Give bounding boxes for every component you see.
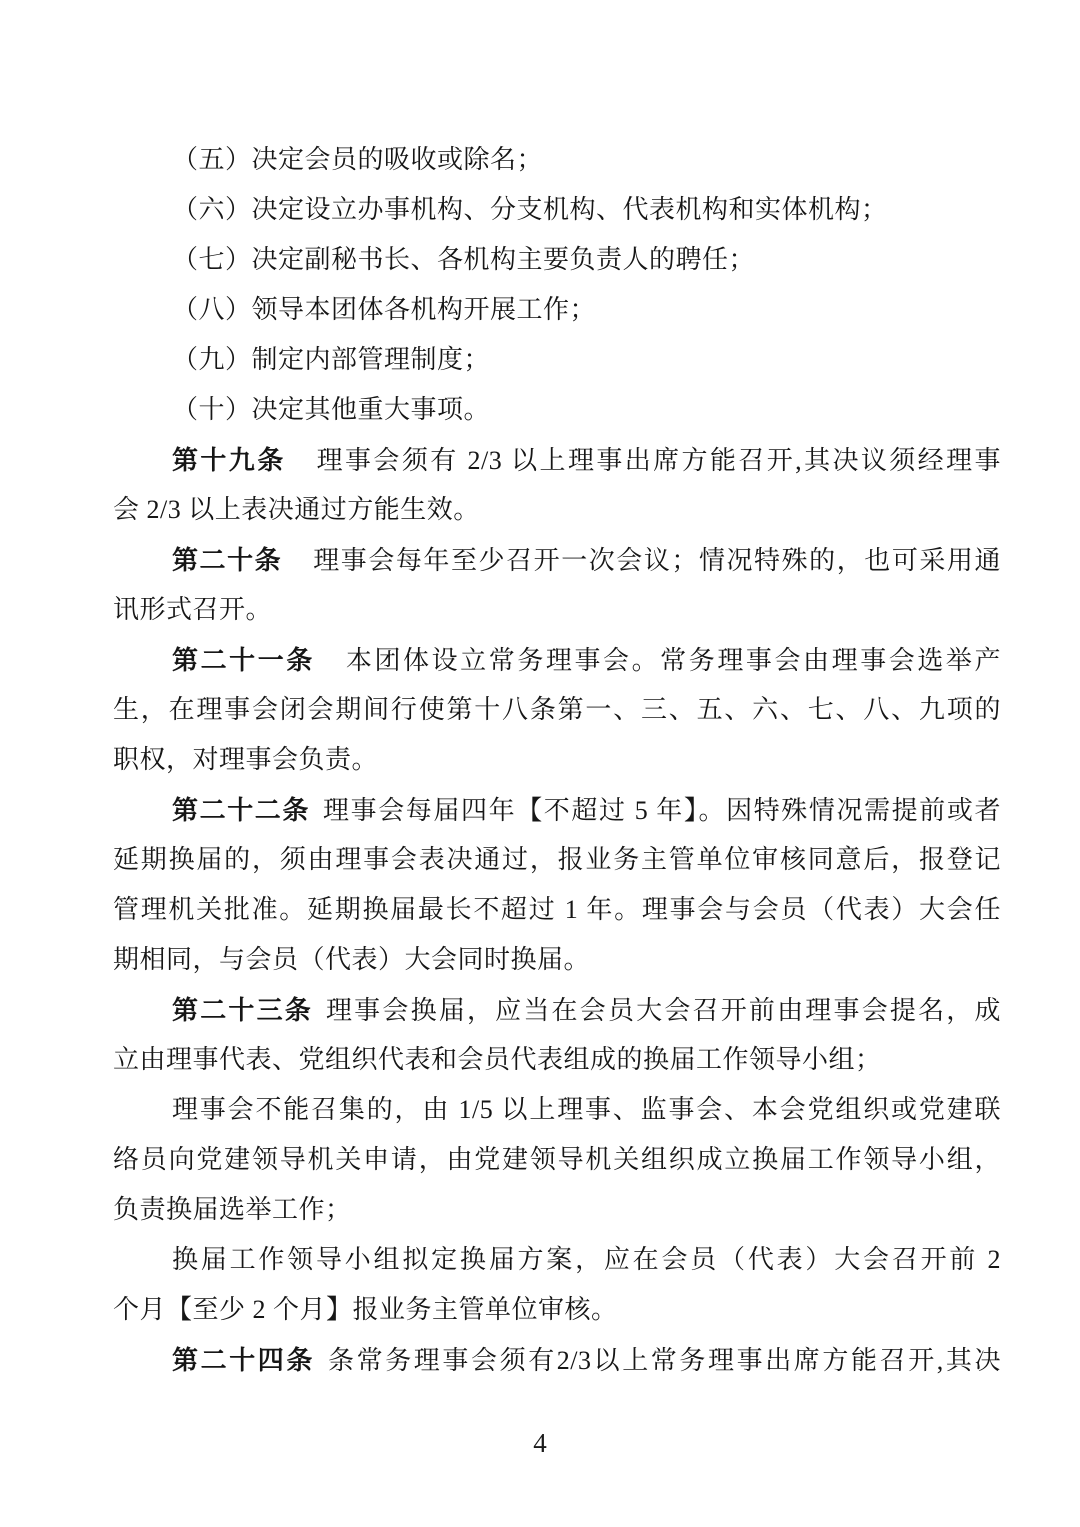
text-line: （五）决定会员的吸收或除名； bbox=[113, 135, 1001, 185]
text-line: 会 2/3 以上表决通过方能生效。 bbox=[113, 485, 1001, 535]
text-line: 第二十一条本团体设立常务理事会。常务理事会由理事会选举产 bbox=[113, 635, 1001, 685]
article-number: 第二十一条 bbox=[172, 645, 315, 675]
text-line: 理事会不能召集的，由 1/5 以上理事、监事会、本会党组织或党建联 bbox=[113, 1085, 1001, 1135]
text-line: 第十九条理事会须有 2/3 以上理事出席方能召开,其决议须经理事 bbox=[113, 435, 1001, 485]
text-line: （十）决定其他重大事项。 bbox=[113, 385, 1001, 435]
text-line: 负责换届选举工作； bbox=[113, 1185, 1001, 1235]
text-line: 换届工作领导小组拟定换届方案，应在会员（代表）大会召开前 2 bbox=[113, 1235, 1001, 1285]
document-lines: （五）决定会员的吸收或除名；（六）决定设立办事机构、分支机构、代表机构和实体机构… bbox=[113, 135, 1001, 1385]
text-line: 第二十二条理事会每届四年【不超过 5 年】。因特殊情况需提前或者 bbox=[113, 785, 1001, 835]
text-line: 立由理事代表、党组织代表和会员代表组成的换届工作领导小组； bbox=[113, 1035, 1001, 1085]
text-line: 络员向党建领导机关申请，由党建领导机关组织成立换届工作领导小组， bbox=[113, 1135, 1001, 1185]
text-line: 生，在理事会闭会期间行使第十八条第一、三、五、六、七、八、九项的 bbox=[113, 685, 1001, 735]
text-line: 职权，对理事会负责。 bbox=[113, 735, 1001, 785]
article-number: 第二十三条 bbox=[172, 995, 313, 1025]
article-number: 第二十四条 bbox=[172, 1345, 315, 1375]
text-line: （六）决定设立办事机构、分支机构、代表机构和实体机构； bbox=[113, 185, 1001, 235]
text-line: 第二十三条理事会换届，应当在会员大会召开前由理事会提名，成 bbox=[113, 985, 1001, 1035]
text-line: （八）领导本团体各机构开展工作； bbox=[113, 285, 1001, 335]
text-line: 管理机关批准。延期换届最长不超过 1 年。理事会与会员（代表）大会任 bbox=[113, 885, 1001, 935]
text-line: 个月【至少 2 个月】报业务主管单位审核。 bbox=[113, 1285, 1001, 1335]
text-line: 第二十四条条常务理事会须有2/3以上常务理事出席方能召开,其决 bbox=[113, 1335, 1001, 1385]
article-number: 第十九条 bbox=[172, 445, 286, 475]
article-number: 第二十条 bbox=[172, 545, 282, 575]
text-line: 讯形式召开。 bbox=[113, 585, 1001, 635]
document-page: （五）决定会员的吸收或除名；（六）决定设立办事机构、分支机构、代表机构和实体机构… bbox=[0, 0, 1080, 1527]
text-line: 第二十条理事会每年至少召开一次会议；情况特殊的，也可采用通 bbox=[113, 535, 1001, 585]
page-number: 4 bbox=[0, 1418, 1080, 1468]
text-line: （九）制定内部管理制度； bbox=[113, 335, 1001, 385]
text-line: 期相同，与会员（代表）大会同时换届。 bbox=[113, 935, 1001, 985]
text-line: 延期换届的，须由理事会表决通过，报业务主管单位审核同意后，报登记 bbox=[113, 835, 1001, 885]
text-line: （七）决定副秘书长、各机构主要负责人的聘任； bbox=[113, 235, 1001, 285]
article-number: 第二十二条 bbox=[172, 795, 310, 825]
